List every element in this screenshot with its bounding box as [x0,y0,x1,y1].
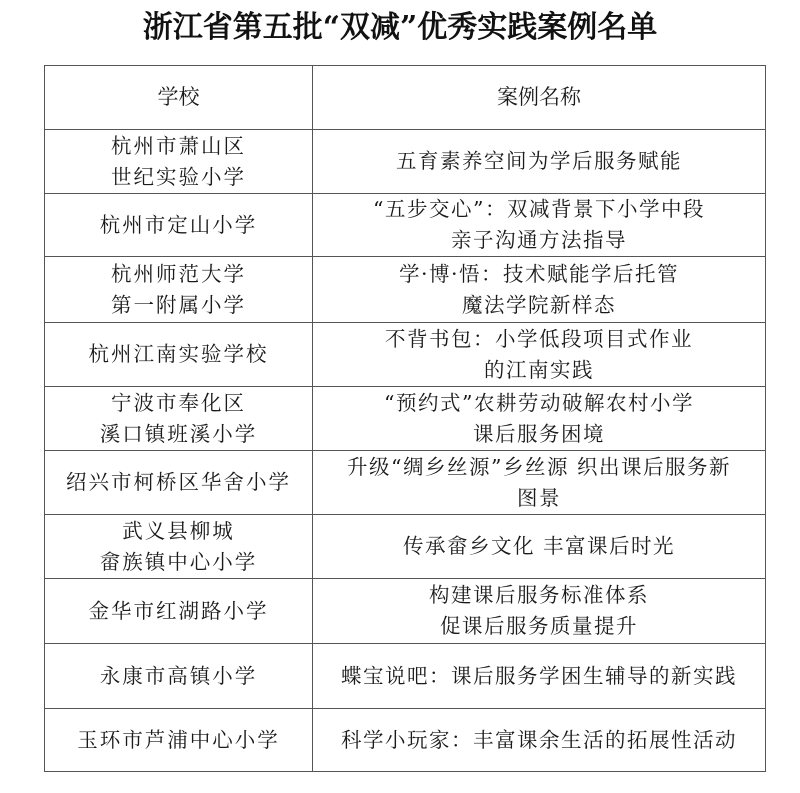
case-list-table: 学校 案例名称 杭州市萧山区 世纪实验小学 五育素养空间为学后服务赋能 杭州市定… [44,65,766,772]
case-cell: “预约式”农耕劳动破解农村小学 课后服务困境 [313,387,766,451]
school-line: 武义县柳城 [49,516,308,547]
case-line: 学·博·悟：技术赋能学后托管 [317,259,761,290]
school-cell: 杭州江南实验学校 [45,323,313,387]
school-line: 永康市高镇小学 [49,661,308,692]
school-cell: 金华市红湖路小学 [45,579,313,644]
case-cell: 构建课后服务标准体系 促课后服务质量提升 [313,579,766,644]
school-cell: 杭州市萧山区 世纪实验小学 [45,130,313,194]
table-row: 永康市高镇小学 蝶宝说吧：课后服务学困生辅导的新实践 [45,644,766,709]
case-cell: 科学小玩家：丰富课余生活的拓展性活动 [313,709,766,772]
school-line: 世纪实验小学 [49,162,308,193]
school-cell: 绍兴市柯桥区华舍小学 [45,451,313,515]
case-line: 构建课后服务标准体系 [317,580,761,611]
case-line: 传承畲乡文化 丰富课后时光 [317,531,761,562]
table-row: 杭州江南实验学校 不背书包：小学低段项目式作业 的江南实践 [45,323,766,387]
school-line: 溪口镇班溪小学 [49,419,308,450]
case-line: 蝶宝说吧：课后服务学困生辅导的新实践 [317,661,761,692]
table-row: 玉环市芦浦中心小学 科学小玩家：丰富课余生活的拓展性活动 [45,709,766,772]
case-line: 升级“绸乡丝源”乡丝源 织出课后服务新 [317,452,761,483]
school-line: 杭州江南实验学校 [49,339,308,370]
table-row: 杭州市萧山区 世纪实验小学 五育素养空间为学后服务赋能 [45,130,766,194]
table-row: 武义县柳城 畲族镇中心小学 传承畲乡文化 丰富课后时光 [45,515,766,579]
table-row: 宁波市奉化区 溪口镇班溪小学 “预约式”农耕劳动破解农村小学 课后服务困境 [45,387,766,451]
table-header-row: 学校 案例名称 [45,66,766,130]
school-line: 金华市红湖路小学 [49,596,308,627]
school-line: 畲族镇中心小学 [49,547,308,578]
case-cell: “五步交心”：双减背景下小学中段 亲子沟通方法指导 [313,194,766,257]
table-row: 杭州市定山小学 “五步交心”：双减背景下小学中段 亲子沟通方法指导 [45,194,766,257]
case-line: 五育素养空间为学后服务赋能 [317,146,761,177]
case-line: 促课后服务质量提升 [317,611,761,642]
case-line: 的江南实践 [317,355,761,386]
school-cell: 永康市高镇小学 [45,644,313,709]
school-cell: 杭州师范大学 第一附属小学 [45,257,313,323]
case-line: 不背书包：小学低段项目式作业 [317,324,761,355]
table-row: 杭州师范大学 第一附属小学 学·博·悟：技术赋能学后托管 魔法学院新样态 [45,257,766,323]
table-row: 金华市红湖路小学 构建课后服务标准体系 促课后服务质量提升 [45,579,766,644]
case-cell: 升级“绸乡丝源”乡丝源 织出课后服务新 图景 [313,451,766,515]
case-line: 课后服务困境 [317,419,761,450]
school-cell: 宁波市奉化区 溪口镇班溪小学 [45,387,313,451]
school-cell: 玉环市芦浦中心小学 [45,709,313,772]
case-line: 亲子沟通方法指导 [317,225,761,256]
header-school: 学校 [45,66,313,130]
case-cell: 不背书包：小学低段项目式作业 的江南实践 [313,323,766,387]
case-cell: 学·博·悟：技术赋能学后托管 魔法学院新样态 [313,257,766,323]
case-cell: 蝶宝说吧：课后服务学困生辅导的新实践 [313,644,766,709]
case-line: “五步交心”：双减背景下小学中段 [317,194,761,225]
school-line: 绍兴市柯桥区华舍小学 [49,467,308,498]
school-line: 玉环市芦浦中心小学 [49,725,308,756]
school-line: 杭州师范大学 [49,259,308,290]
case-line: 魔法学院新样态 [317,290,761,321]
header-case-name: 案例名称 [313,66,766,130]
school-line: 第一附属小学 [49,290,308,321]
case-cell: 传承畲乡文化 丰富课后时光 [313,515,766,579]
page-title: 浙江省第五批“双减”优秀实践案例名单 [0,6,800,50]
case-line: 科学小玩家：丰富课余生活的拓展性活动 [317,725,761,756]
school-cell: 武义县柳城 畲族镇中心小学 [45,515,313,579]
school-line: 宁波市奉化区 [49,388,308,419]
school-cell: 杭州市定山小学 [45,194,313,257]
case-line: 图景 [317,483,761,514]
case-line: “预约式”农耕劳动破解农村小学 [317,388,761,419]
table-row: 绍兴市柯桥区华舍小学 升级“绸乡丝源”乡丝源 织出课后服务新 图景 [45,451,766,515]
case-cell: 五育素养空间为学后服务赋能 [313,130,766,194]
school-line: 杭州市萧山区 [49,131,308,162]
school-line: 杭州市定山小学 [49,210,308,241]
